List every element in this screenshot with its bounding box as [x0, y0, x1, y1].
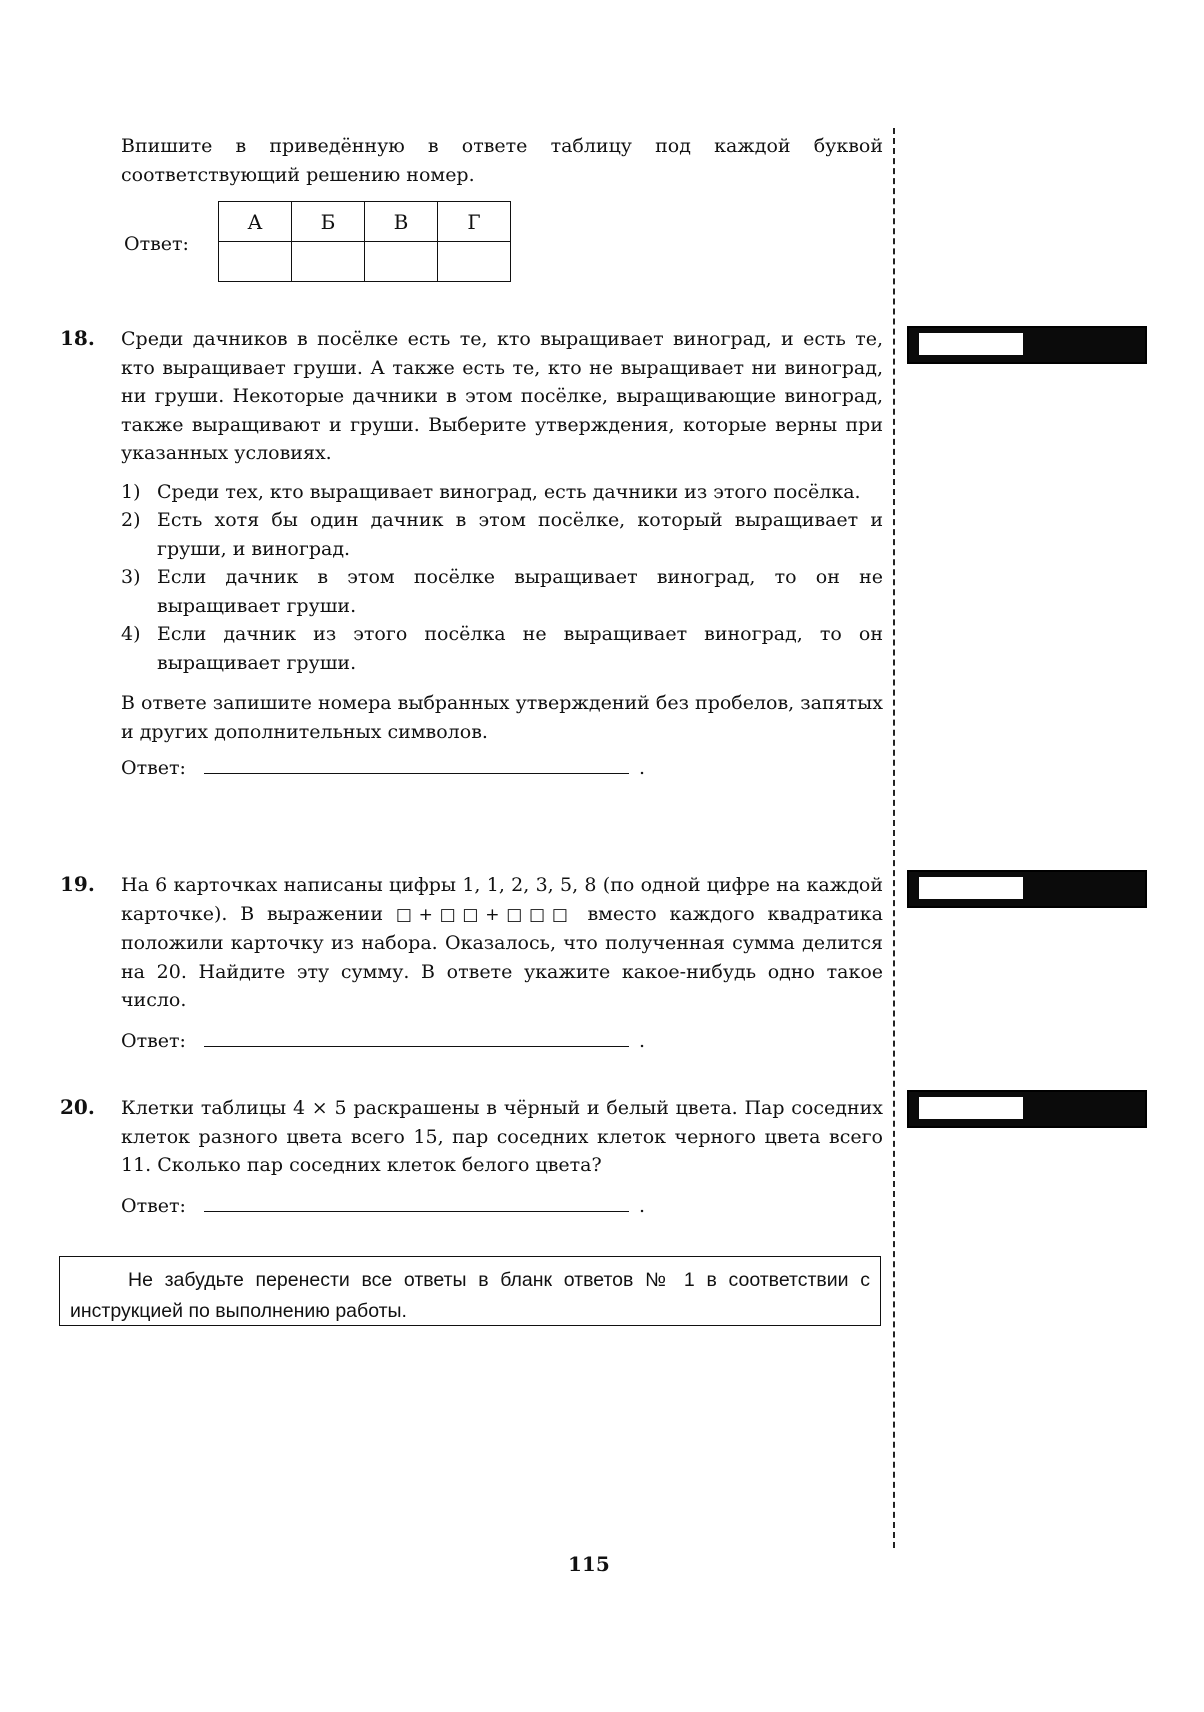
option-number: 3): [121, 563, 157, 620]
answer-table-cell[interactable]: [365, 242, 438, 282]
option-number: 4): [121, 620, 157, 677]
answer-table-header: Б: [292, 202, 365, 242]
score-marker-window: [919, 333, 1023, 355]
answer-table-header: В: [365, 202, 438, 242]
answer-table: А Б В Г: [218, 201, 511, 282]
cut-line-divider: [893, 128, 895, 1548]
answer-table-cell[interactable]: [292, 242, 365, 282]
score-marker-18: [907, 326, 1147, 364]
answer-row: Ответ:.: [121, 1027, 883, 1056]
answer-table-header: А: [219, 202, 292, 242]
score-marker-window: [919, 877, 1023, 899]
question-text: На 6 карточках написаны цифры 1, 1, 2, 3…: [121, 871, 883, 1015]
answer-field[interactable]: [204, 1193, 629, 1212]
answer-table-header: Г: [438, 202, 511, 242]
answer-field[interactable]: [204, 755, 629, 774]
answer-period: .: [639, 1030, 645, 1052]
score-marker-20: [907, 1090, 1147, 1128]
answer-table-cell[interactable]: [219, 242, 292, 282]
reminder-text: Не забудьте перенести все ответы в бланк…: [70, 1269, 870, 1322]
option-number: 1): [121, 478, 157, 507]
option-item: 4) Если дачник из этого посёлка не выращ…: [121, 620, 883, 677]
answer-label: Ответ:: [121, 1030, 186, 1052]
question-number: 19.: [60, 872, 95, 896]
option-item: 3) Если дачник в этом посёлке выращивает…: [121, 563, 883, 620]
intro-instruction: Впишите в приведённую в ответе таблицу п…: [121, 132, 883, 189]
answer-row: Ответ:.: [121, 754, 883, 783]
answer-period: .: [639, 757, 645, 779]
option-number: 2): [121, 506, 157, 563]
question-number: 18.: [60, 326, 95, 350]
question-text: Клетки таблицы 4 × 5 раскрашены в чёрный…: [121, 1094, 883, 1180]
answer-label: Ответ:: [121, 1195, 186, 1217]
reminder-box: Не забудьте перенести все ответы в бланк…: [59, 1256, 881, 1326]
question-number: 20.: [60, 1095, 95, 1119]
answer-instruction: В ответе запишите номера выбранных утвер…: [121, 689, 883, 746]
page-number: 115: [568, 1552, 610, 1576]
question-19: На 6 карточках написаны цифры 1, 1, 2, 3…: [121, 871, 883, 1055]
option-text: Есть хотя бы один дачник в этом посёлке,…: [157, 506, 883, 563]
score-marker-19: [907, 870, 1147, 908]
score-marker-window: [919, 1097, 1023, 1119]
answer-label: Ответ:: [121, 757, 186, 779]
option-text: Если дачник в этом посёлке выращивает ви…: [157, 563, 883, 620]
intro-answer-label: Ответ:: [124, 233, 189, 255]
question-20: Клетки таблицы 4 × 5 раскрашены в чёрный…: [121, 1094, 883, 1220]
answer-field[interactable]: [204, 1028, 629, 1047]
expression-squares: □+□□+□□□: [396, 905, 575, 925]
answer-table-cell[interactable]: [438, 242, 511, 282]
question-18: Среди дачников в посёлке есть те, кто вы…: [121, 325, 883, 783]
question-text: Среди дачников в посёлке есть те, кто вы…: [121, 325, 883, 468]
option-text: Если дачник из этого посёлка не выращива…: [157, 620, 883, 677]
answer-period: .: [639, 1195, 645, 1217]
option-item: 2) Есть хотя бы один дачник в этом посёл…: [121, 506, 883, 563]
option-item: 1) Среди тех, кто выращивает виноград, е…: [121, 478, 883, 507]
answer-row: Ответ:.: [121, 1192, 883, 1221]
option-text: Среди тех, кто выращивает виноград, есть…: [157, 478, 883, 507]
